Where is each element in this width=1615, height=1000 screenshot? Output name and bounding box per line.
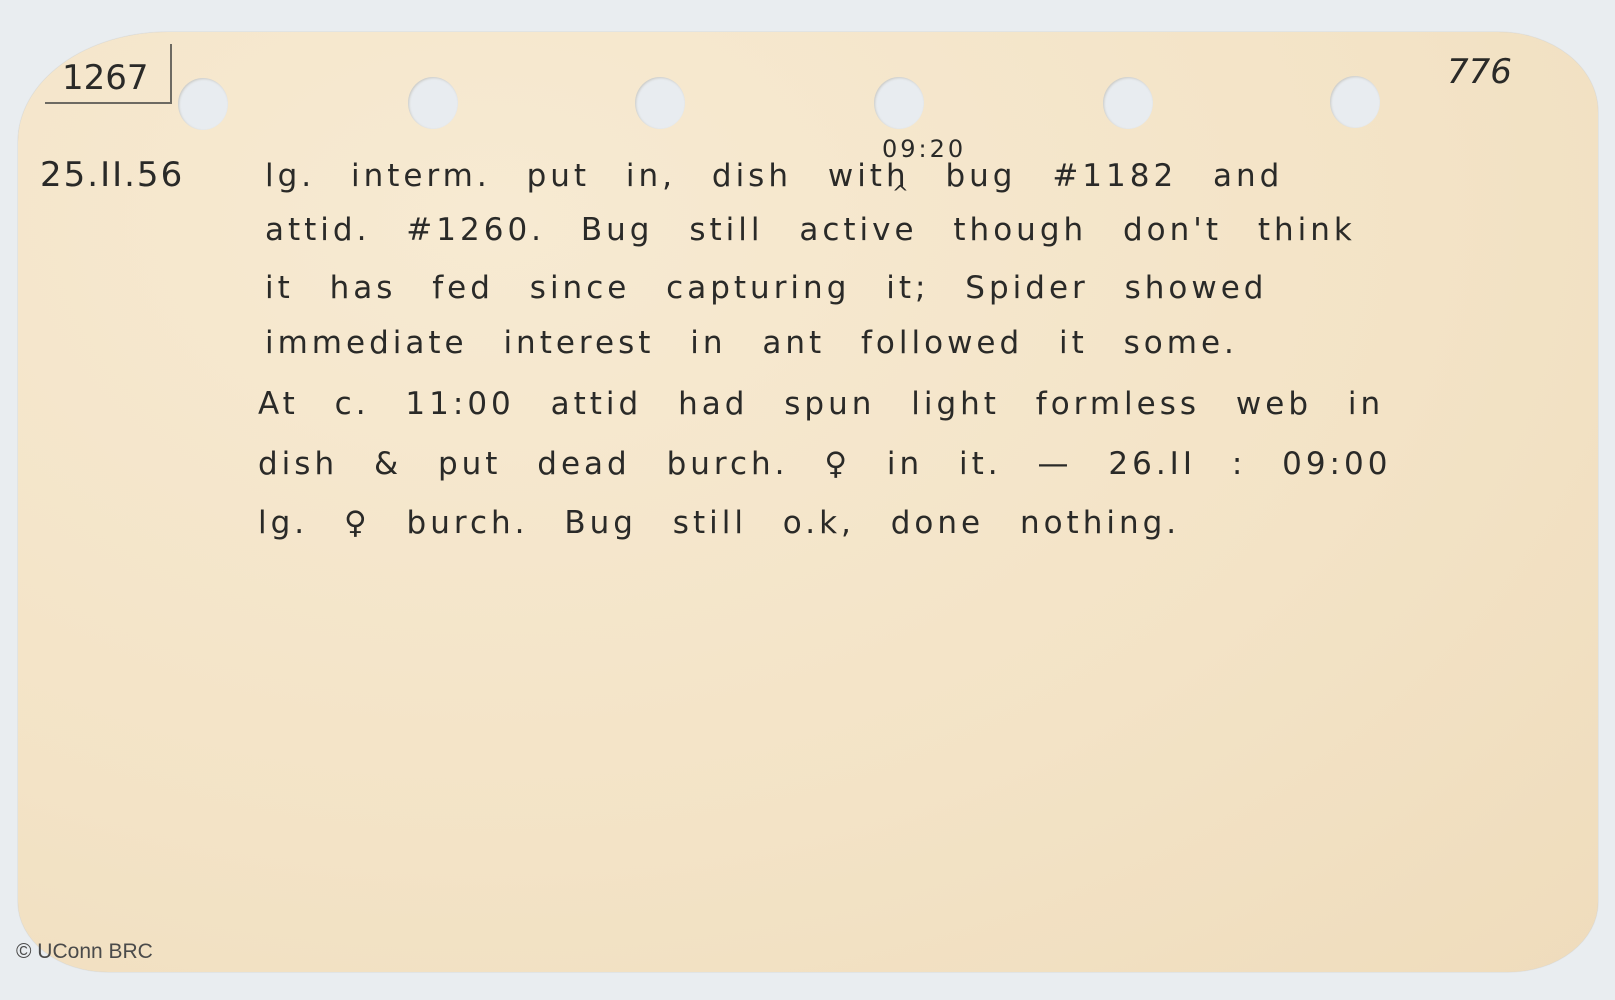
punch-hole (178, 78, 228, 130)
note-line-3: it has fed since capturing it; Spider sh… (265, 270, 1267, 306)
note-line-6: dish & put dead burch. ♀ in it. — 26.II … (258, 446, 1391, 482)
page-number: 776 (1447, 52, 1512, 92)
punch-hole (1330, 76, 1380, 128)
note-line-1: lg. interm. put in, dish with bug #1182 … (265, 158, 1283, 194)
entry-date: 25.II.56 (40, 155, 184, 195)
punch-hole (874, 77, 924, 129)
copyright-credit: © UConn BRC (16, 940, 153, 964)
note-line-7: lg. ♀ burch. Bug still o.k, done nothing… (258, 505, 1180, 541)
note-line-2: attid. #1260. Bug still active though do… (265, 212, 1356, 248)
note-line-5: At c. 11:00 attid had spun light formles… (258, 386, 1384, 422)
punch-hole (408, 77, 458, 129)
catalog-number: 1267 (62, 58, 149, 98)
note-line-4: immediate interest in ant followed it so… (265, 325, 1238, 361)
punch-hole (635, 77, 685, 129)
punch-hole (1103, 77, 1153, 129)
